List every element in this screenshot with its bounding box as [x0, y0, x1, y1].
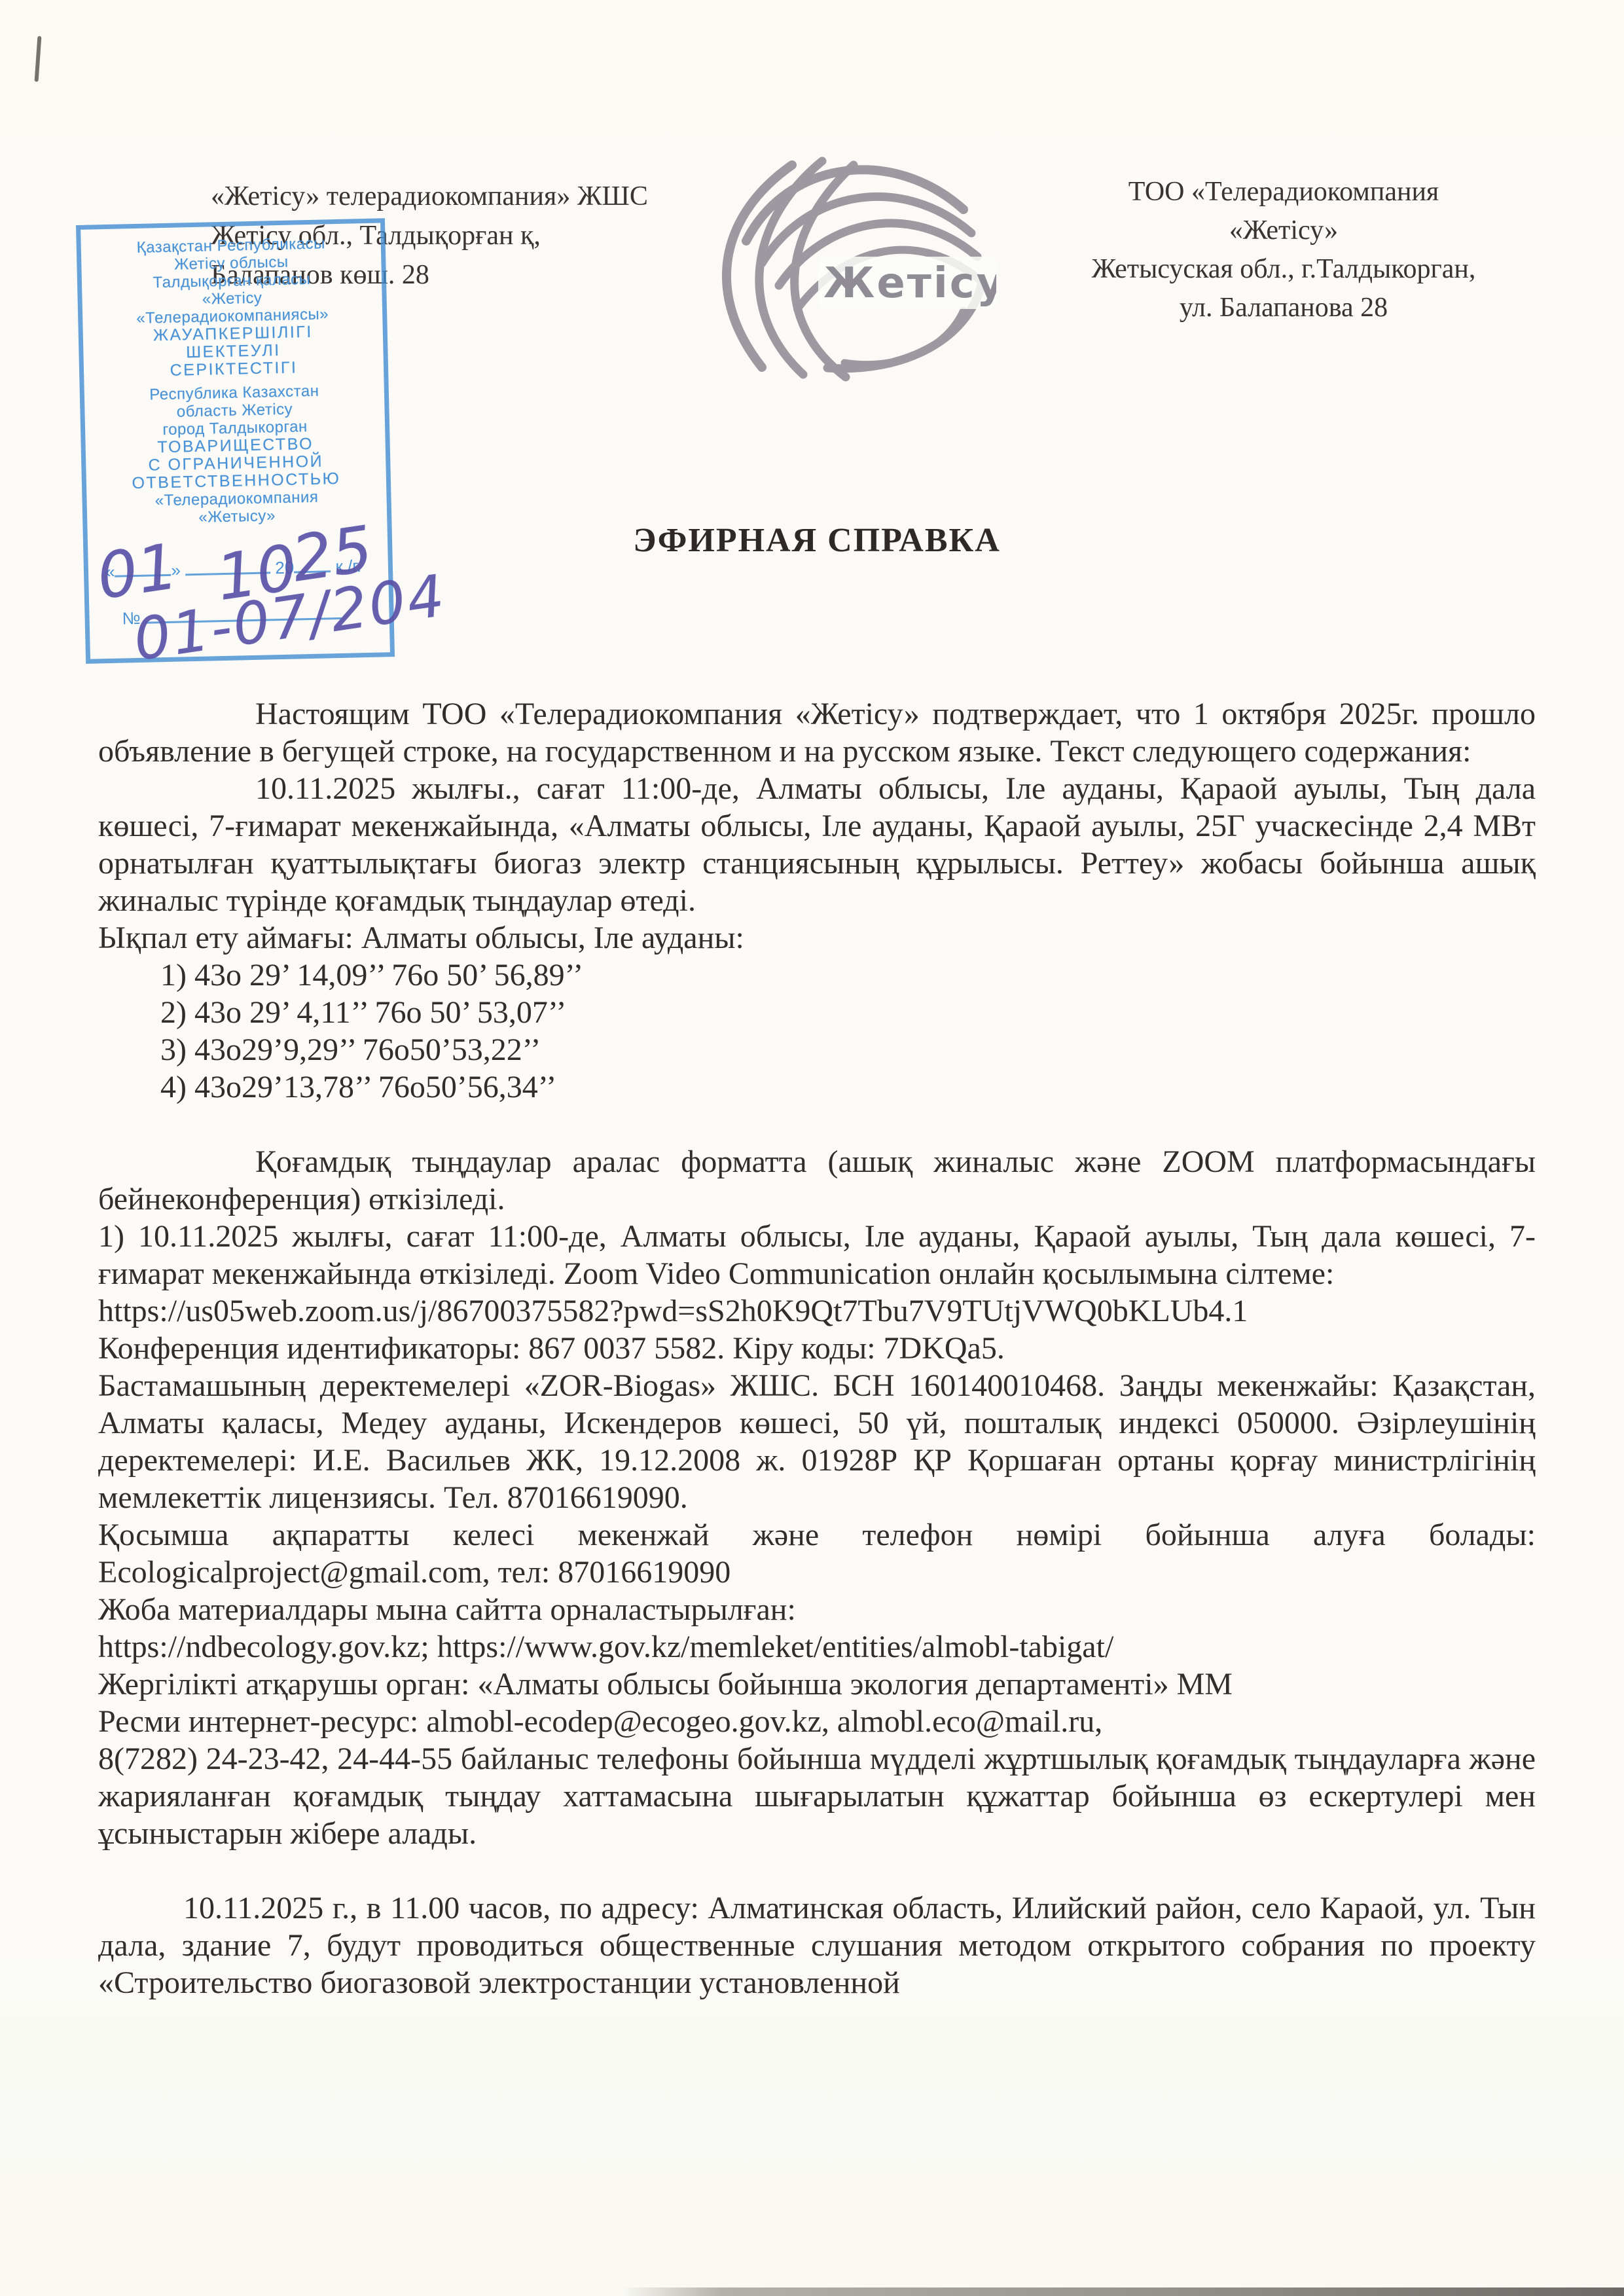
header-company-ru: ТОО «Телерадиокомпания «Жетісу» Жетысуск… — [1074, 173, 1493, 327]
page-title: ЭФИРНАЯ СПРАВКА — [98, 521, 1536, 560]
official-resource-line: Ресми интернет-ресурс: almobl-ecodep@eco… — [98, 1703, 1536, 1740]
zoom-link-line: https://us05web.zoom.us/j/86700375582?pw… — [98, 1292, 1536, 1330]
impact-area-heading: Ықпал ету аймағы: Алматы облысы, Іле ауд… — [98, 919, 1536, 957]
logo-wordmark: Жетісу — [823, 259, 996, 308]
coordinate-line-2: 2) 43о 29’ 4,11’’ 76о 50’ 53,07’’ — [160, 994, 1536, 1031]
coordinate-line-3: 3) 43о29’9,29’’ 76о50’53,22’’ — [160, 1031, 1536, 1068]
project-materials-links: https://ndbecology.gov.kz; https://www.g… — [98, 1628, 1536, 1666]
intro-paragraph: Настоящим ТОО «Телерадиокомпания «Жетісу… — [98, 695, 1536, 770]
scan-artifact-bottom-shadow — [622, 2287, 1624, 2296]
company-logo: Жетісу — [689, 155, 996, 384]
coordinate-line-4: 4) 43о29’13,78’’ 76о50’56,34’’ — [160, 1068, 1536, 1106]
ru-announcement-paragraph: 10.11.2025 г., в 11.00 часов, по адресу:… — [98, 1889, 1536, 2001]
hearings-venue-paragraph: 1) 10.11.2025 жылғы, сағат 11:00-де, Алм… — [98, 1218, 1536, 1292]
additional-info-paragraph: Қосымша ақпаратты келесі мекенжай және т… — [98, 1516, 1536, 1591]
hearings-format-paragraph: Қоғамдық тыңдаулар аралас форматта (ашық… — [98, 1143, 1536, 1218]
initiator-details-paragraph: Бастамашының деректемелері «ZOR-Biogas» … — [98, 1367, 1536, 1516]
company-region-ru: Жетысуская обл., г.Талдыкорган, — [1074, 250, 1493, 289]
coordinate-line-1: 1) 43о 29’ 14,09’’ 76о 50’ 56,89’’ — [160, 957, 1536, 994]
company-street-ru: ул. Балапанова 28 — [1074, 289, 1493, 327]
document-body: Настоящим ТОО «Телерадиокомпания «Жетісу… — [98, 695, 1536, 2001]
local-authority-line: Жергілікті атқарушы орган: «Алматы облыс… — [98, 1666, 1536, 1703]
company-name-ru-2: «Жетісу» — [1074, 211, 1493, 250]
project-materials-heading: Жоба материалдары мына сайтта орналастыр… — [98, 1591, 1536, 1628]
globe-swirl-icon: Жетісу — [689, 155, 996, 384]
company-name-ru-1: ТОО «Телерадиокомпания — [1074, 173, 1493, 211]
conference-id-line: Конференция идентификаторы: 867 0037 558… — [98, 1330, 1536, 1367]
kk-announcement-paragraph: 10.11.2025 жылғы., сағат 11:00-де, Алмат… — [98, 770, 1536, 919]
registration-stamp: Қазақстан Республикасы Жетісу облысы Тал… — [76, 218, 395, 664]
company-name-kk: «Жетісу» телерадиокомпания» ЖШС — [211, 177, 648, 216]
feedback-contacts-paragraph: 8(7282) 24-23-42, 24-44-55 байланыс теле… — [98, 1740, 1536, 1852]
scan-artifact-pen-mark — [35, 36, 42, 82]
